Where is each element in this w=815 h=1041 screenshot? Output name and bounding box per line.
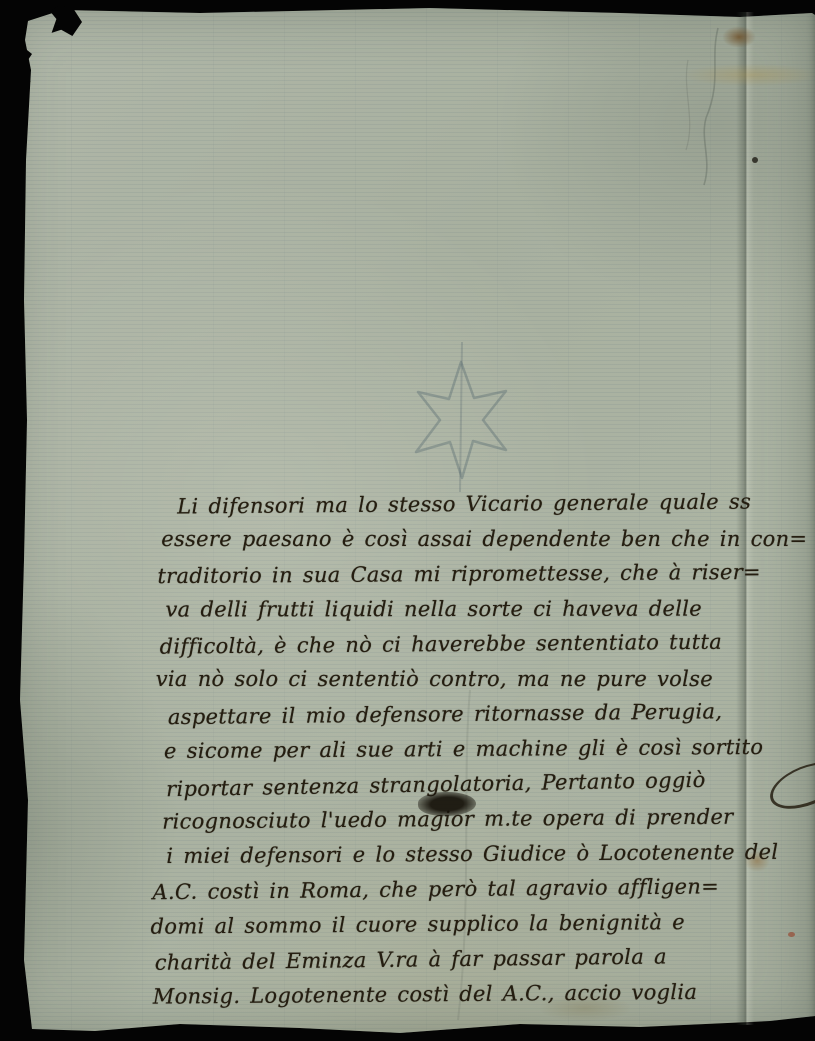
manuscript-scan: Li difensori ma lo stesso Vicario genera… bbox=[0, 0, 815, 1041]
handwritten-text-block: Li difensori ma lo stesso Vicario genera… bbox=[147, 486, 765, 1013]
manuscript-line: difficoltà, è che nò ci haverebbe senten… bbox=[159, 624, 763, 664]
manuscript-line: A.C. costì in Roma, che però tal agravio… bbox=[152, 869, 764, 910]
manuscript-line: via nò solo ci sententiò contro, ma ne p… bbox=[156, 662, 764, 697]
manuscript-line: traditorio in sua Casa mi ripromettesse,… bbox=[157, 555, 763, 594]
manuscript-line: va delli frutti liquidi nella sorte ci h… bbox=[165, 591, 763, 627]
manuscript-line: Monsig. Logotenente costì del A.C., acci… bbox=[153, 974, 765, 1014]
manuscript-line: Li difensori ma lo stesso Vicario genera… bbox=[177, 484, 763, 524]
manuscript-line: i miei defensori e lo stesso Giudice ò L… bbox=[166, 835, 764, 874]
manuscript-line: aspettare il mio defensore ritornasse da… bbox=[168, 694, 764, 735]
manuscript-line: essere paesano è così assai dependente b… bbox=[161, 522, 763, 557]
